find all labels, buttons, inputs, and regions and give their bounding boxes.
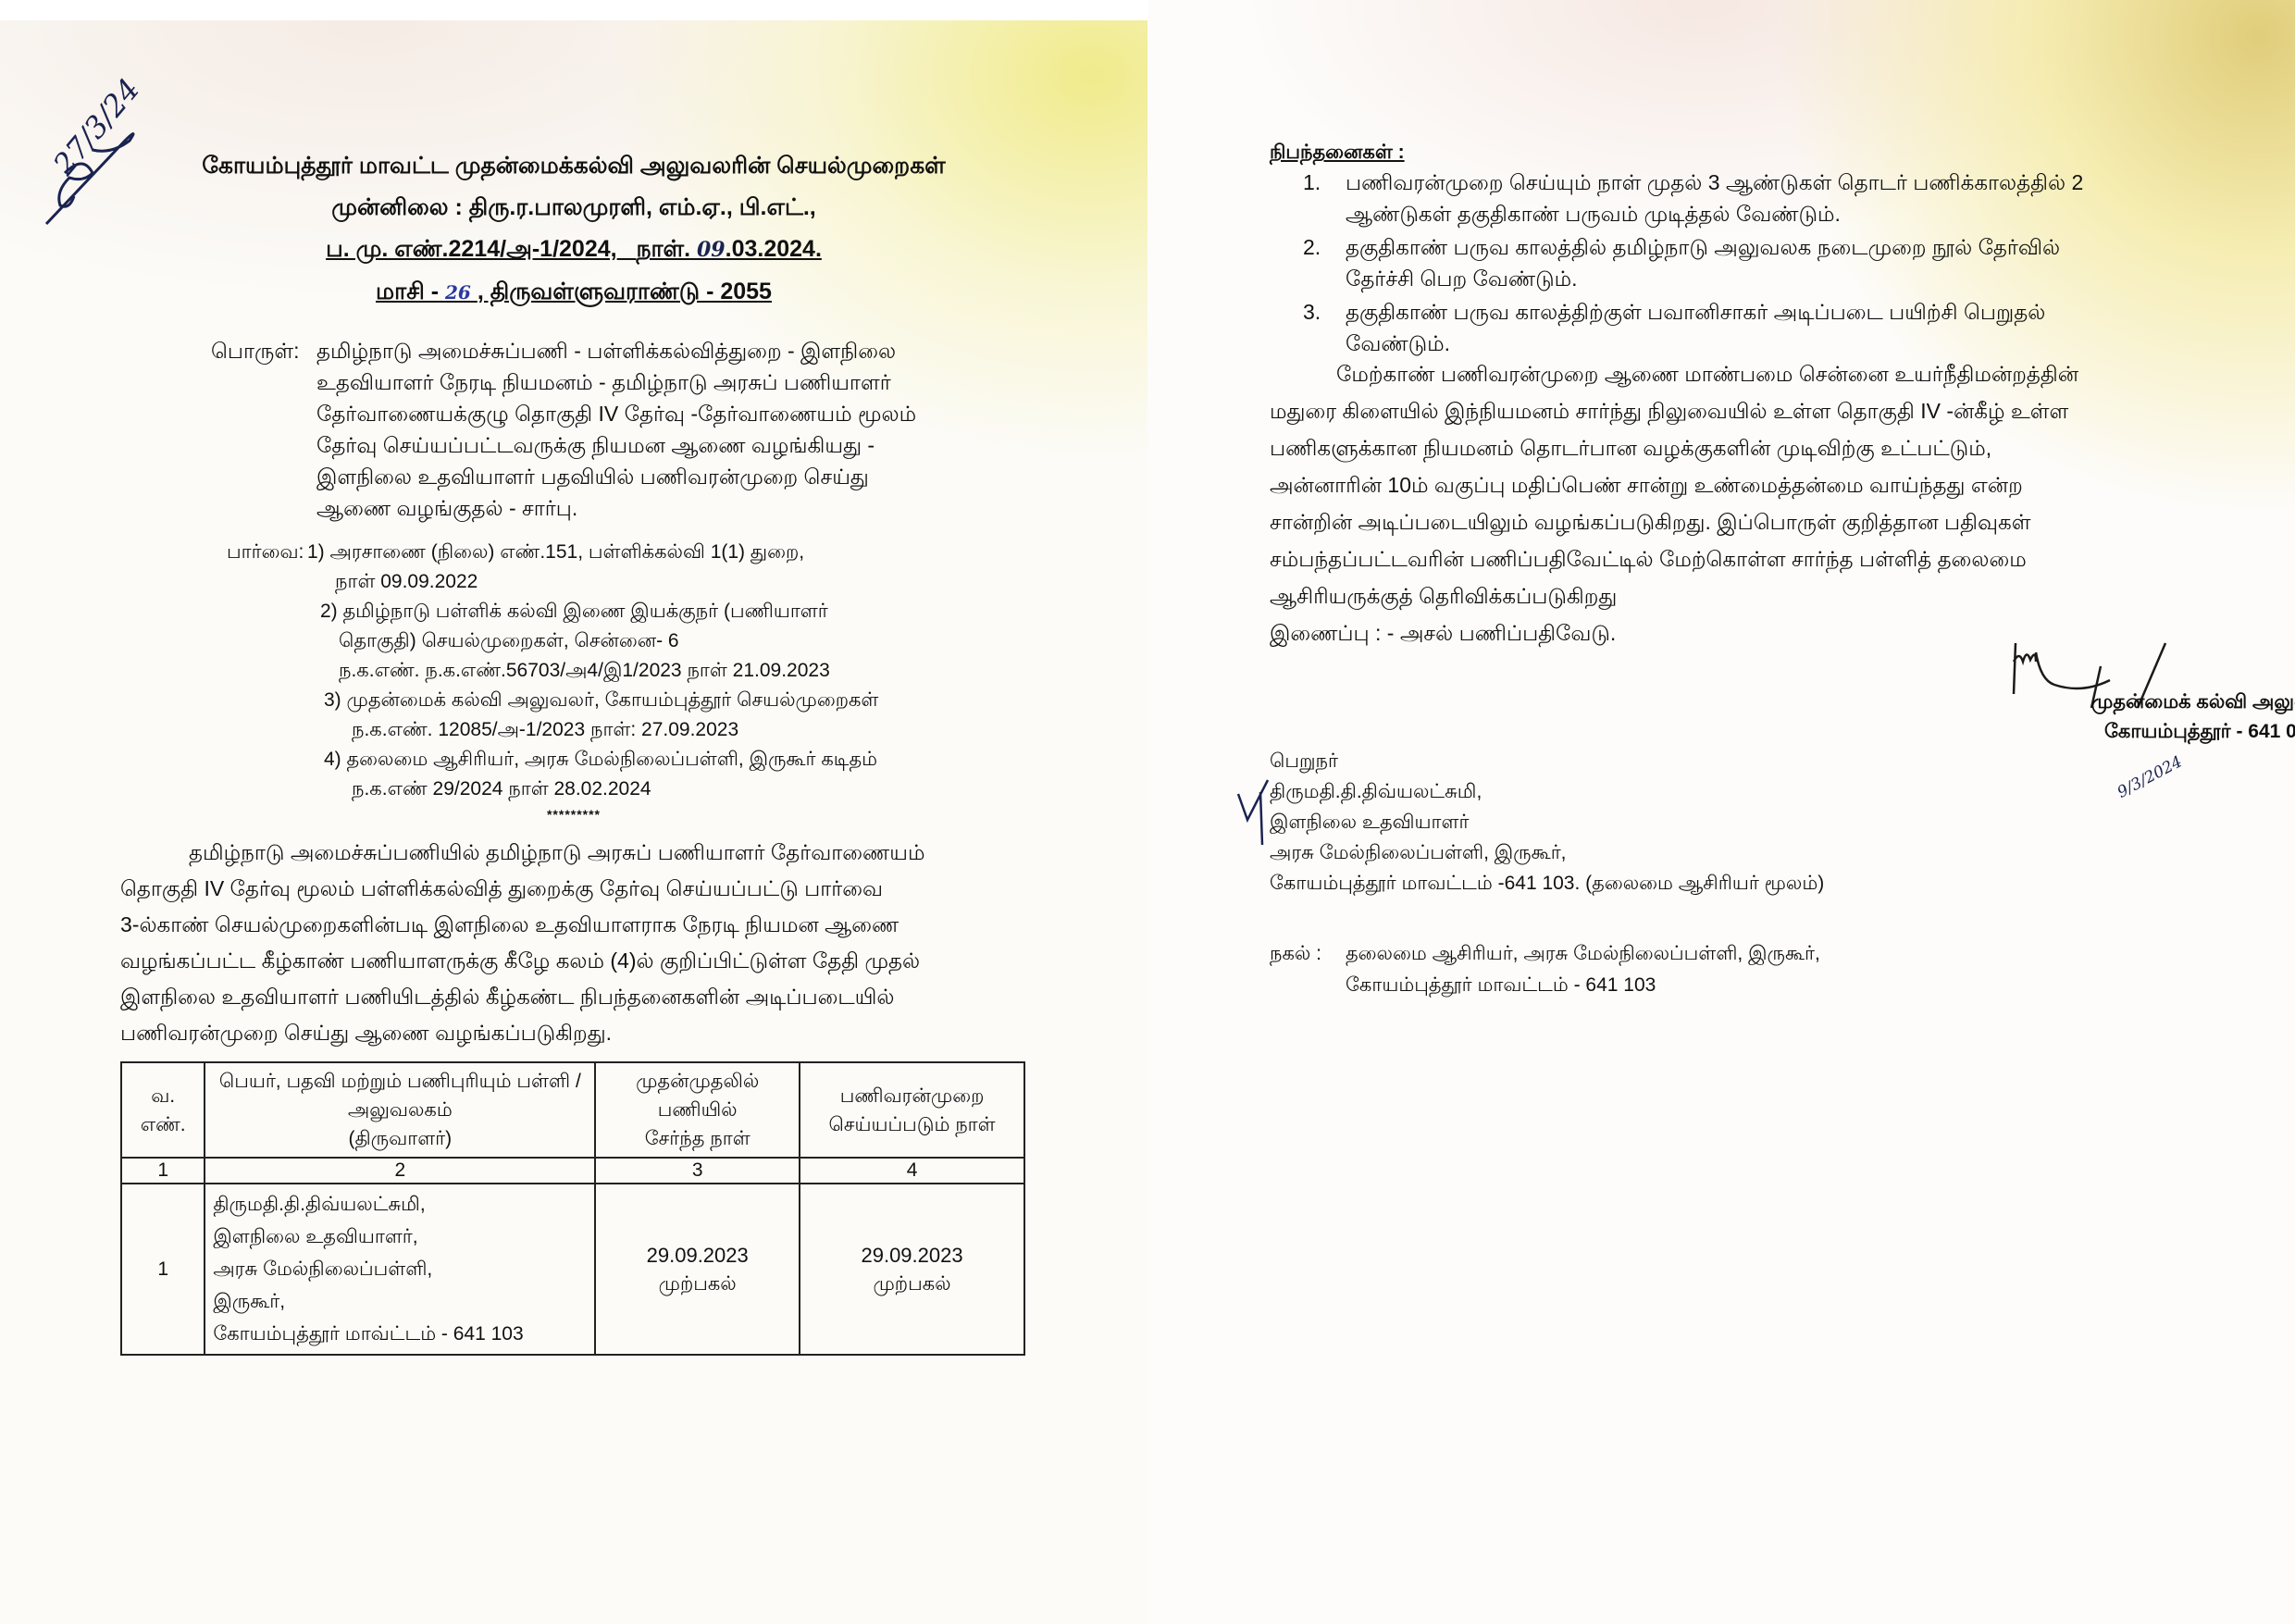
handwritten-initials: 9/3/2024 bbox=[2115, 752, 2186, 802]
references-label: பார்வை: bbox=[227, 537, 304, 568]
date-handwritten-day: 09 bbox=[697, 238, 726, 262]
column-number: 4 bbox=[800, 1158, 1024, 1184]
reference-line: 4) தலைமை ஆசிரியர், அரசு மேல்நிலைப்பள்ளி,… bbox=[324, 744, 877, 775]
regularisation-table: வ. எண். பெயர், பதவி மற்றும் பணிபுரியும் … bbox=[120, 1061, 1025, 1356]
condition-item: 2. தகுதிகாண் பருவ காலத்தில் தமிழ்நாடு அல… bbox=[1303, 231, 2295, 294]
row-details: திருமதி.தி.திவ்யலட்சுமி, இளநிலை உதவியாளர… bbox=[205, 1184, 595, 1355]
subject-block: தமிழ்நாடு அமைச்சுப்பணி - பள்ளிக்கல்வித்த… bbox=[316, 335, 1027, 524]
date-rest: .03.2024. bbox=[726, 236, 822, 262]
paragraph-line: பணிகளுக்கான நியமனம் தொடர்பான வழக்குகளின்… bbox=[1270, 429, 2265, 466]
left-page: 27/3/24 கோயம்புத்தூர் மாவட்ட முதன்மைக்கல… bbox=[0, 20, 1147, 1624]
body-paragraph: தமிழ்நாடு அமைச்சுப்பணியில் தமிழ்நாடு அரச… bbox=[120, 835, 1025, 1051]
condition-item: 3. தகுதிகாண் பருவ காலத்திற்குள் பவானிசாக… bbox=[1303, 296, 2295, 359]
body-line: பணிவரன்முறை செய்து ஆணை வழங்கப்படுகிறது. bbox=[120, 1015, 1025, 1051]
copy-line: கோயம்புத்தூர் மாவட்டம் - 641 103 bbox=[1346, 970, 1656, 1001]
date-label: நாள். bbox=[636, 236, 690, 262]
recipient-label: பெறுநர் bbox=[1270, 746, 1824, 776]
table-row: 1 திருமதி.தி.திவ்யலட்சுமி, இளநிலை உதவியா… bbox=[121, 1184, 1024, 1355]
paragraph-line: ஆசிரியருக்குத் தெரிவிக்கப்படுகிறது bbox=[1270, 577, 2265, 614]
copy-label: நகல் : bbox=[1270, 938, 1321, 970]
reference-line: தொகுதி) செயல்முறைகள், சென்னை- 6 bbox=[339, 626, 679, 657]
body-line: தொகுதி IV தேர்வு மூலம் பள்ளிக்கல்வித் து… bbox=[120, 871, 1025, 907]
paragraph-line: அன்னாரின் 10ம் வகுப்பு மதிப்பெண் சான்று … bbox=[1270, 466, 2265, 503]
reference-line: நாள் 09.09.2022 bbox=[335, 566, 478, 598]
presence-line: முன்னிலை : திரு.ர.பாலமுரளி, எம்.ஏ., பி.எ… bbox=[93, 192, 1055, 223]
reference-line: 1) அரசாணை (நிலை) எண்.151, பள்ளிக்கல்வி 1… bbox=[307, 537, 804, 568]
subject-line: ஆணை வழங்குதல் - சார்பு. bbox=[316, 492, 1027, 524]
conditions-list: 1. பணிவரன்முறை செய்யும் நாள் முதல் 3 ஆண்… bbox=[1303, 167, 2295, 361]
ref-number: ப. மு. எண்.2214/அ-1/2024, bbox=[326, 236, 617, 262]
paragraph-line: சம்பந்தப்பட்டவரின் பணிப்பதிவேட்டில் மேற்… bbox=[1270, 540, 2265, 577]
body-line: வழங்கப்பட்ட கீழ்காண் பணியாளருக்கு கீழே க… bbox=[120, 943, 1025, 979]
subject-line: உதவியாளர் நேரடி நியமனம் - தமிழ்நாடு அரசு… bbox=[316, 366, 1027, 398]
column-number-row: 1 2 3 4 bbox=[121, 1158, 1024, 1184]
office-title: கோயம்புத்தூர் மாவட்ட முதன்மைக்கல்வி அலுவ… bbox=[93, 150, 1055, 181]
right-page: நிபந்தனைகள் : 1. பணிவரன்முறை செய்யும் நா… bbox=[1147, 0, 2295, 1624]
header-sno: வ. எண். bbox=[121, 1062, 205, 1158]
tamil-month: மாசி - bbox=[376, 279, 439, 304]
tamil-date-line: மாசி - 26 , திருவள்ளுவராண்டு - 2055 bbox=[93, 276, 1055, 308]
header-details: பெயர், பதவி மற்றும் பணிபுரியும் பள்ளி / … bbox=[205, 1062, 595, 1158]
subject-line: தேர்வாணையக்குழு தொகுதி IV தேர்வு -தேர்வா… bbox=[316, 398, 1027, 429]
body-line: 3-ல்காண் செயல்முறைகளின்படி இளநிலை உதவியா… bbox=[120, 907, 1025, 943]
reference-line: 3) முதன்மைக் கல்வி அலுவலர், கோயம்புத்தூர… bbox=[324, 685, 878, 716]
court-paragraph: மேற்காண் பணிவரன்முறை ஆணை மாண்பமை சென்னை … bbox=[1270, 355, 2265, 651]
tamil-day-handwritten: 26 bbox=[445, 281, 471, 304]
row-sno: 1 bbox=[121, 1184, 205, 1355]
paragraph-line: சான்றின் அடிப்படையிலும் வழங்கப்படுகிறது.… bbox=[1270, 503, 2265, 540]
recipient-line: அரசு மேல்நிலைப்பள்ளி, இருகூர், bbox=[1270, 837, 1824, 868]
subject-line: தமிழ்நாடு அமைச்சுப்பணி - பள்ளிக்கல்வித்த… bbox=[316, 335, 1027, 366]
paragraph-line: மதுரை கிளையில் இந்நியமனம் சார்ந்து நிலுவ… bbox=[1270, 392, 2265, 429]
reference-number-line: ப. மு. எண்.2214/அ-1/2024, நாள். 09.03.20… bbox=[93, 233, 1055, 266]
separator-stars: ********* bbox=[93, 807, 1055, 822]
officer-place: கோயம்புத்தூர் - 641 001. bbox=[2104, 716, 2295, 748]
column-number: 3 bbox=[595, 1158, 800, 1184]
subject-line: இளநிலை உதவியாளர் பதவியில் பணிவரன்முறை செ… bbox=[316, 461, 1027, 492]
header-regularised-date: பணிவரன்முறை செய்யப்படும் நாள் bbox=[800, 1062, 1024, 1158]
column-number: 1 bbox=[121, 1158, 205, 1184]
header-joined-date: முதன்முதலில் பணியில் சேர்ந்த நாள் bbox=[595, 1062, 800, 1158]
body-line: தமிழ்நாடு அமைச்சுப்பணியில் தமிழ்நாடு அரச… bbox=[120, 835, 1025, 871]
reference-line: ந.க.எண் 29/2024 நாள் 28.02.2024 bbox=[352, 774, 651, 805]
column-number: 2 bbox=[205, 1158, 595, 1184]
recipient-line: திருமதி.தி.திவ்யலட்சுமி, bbox=[1270, 776, 1824, 807]
reference-line: ந.க.எண். 12085/அ-1/2023 நாள்: 27.09.2023 bbox=[352, 714, 738, 746]
officer-designation: முதன்மைக் கல்வி அலுவலர், bbox=[2091, 687, 2295, 718]
recipient-block: பெறுநர் திருமதி.தி.திவ்யலட்சுமி, இளநிலை … bbox=[1270, 746, 1824, 899]
recipient-line: கோயம்புத்தூர் மாவட்டம் -641 103. (தலைமை … bbox=[1270, 868, 1824, 899]
recipient-line: இளநிலை உதவியாளர் bbox=[1270, 807, 1824, 837]
table-header-row: வ. எண். பெயர், பதவி மற்றும் பணிபுரியும் … bbox=[121, 1062, 1024, 1158]
conditions-title: நிபந்தனைகள் : bbox=[1270, 137, 1405, 168]
copy-line: தலைமை ஆசிரியர், அரசு மேல்நிலைப்பள்ளி, இர… bbox=[1346, 938, 1820, 970]
reference-line: 2) தமிழ்நாடு பள்ளிக் கல்வி இணை இயக்குநர்… bbox=[320, 596, 828, 627]
paragraph-line: மேற்காண் பணிவரன்முறை ஆணை மாண்பமை சென்னை … bbox=[1270, 355, 2265, 392]
row-joined-date: 29.09.2023 முற்பகல் bbox=[595, 1184, 800, 1355]
tick-mark bbox=[1234, 775, 1272, 849]
tamil-year: , திருவள்ளுவராண்டு - 2055 bbox=[478, 279, 772, 304]
body-line: இளநிலை உதவியாளர் பணியிடத்தில் கீழ்கண்ட ந… bbox=[120, 979, 1025, 1015]
row-regularised-date: 29.09.2023 முற்பகல் bbox=[800, 1184, 1024, 1355]
subject-label: பொருள்: bbox=[211, 335, 300, 366]
reference-line: ந.க.எண். ந.க.எண்.56703/அ4/இ1/2023 நாள் 2… bbox=[339, 655, 830, 687]
subject-line: தேர்வு செய்யப்பட்டவருக்கு நியமன ஆணை வழங்… bbox=[316, 429, 1027, 461]
condition-item: 1. பணிவரன்முறை செய்யும் நாள் முதல் 3 ஆண்… bbox=[1303, 167, 2295, 229]
